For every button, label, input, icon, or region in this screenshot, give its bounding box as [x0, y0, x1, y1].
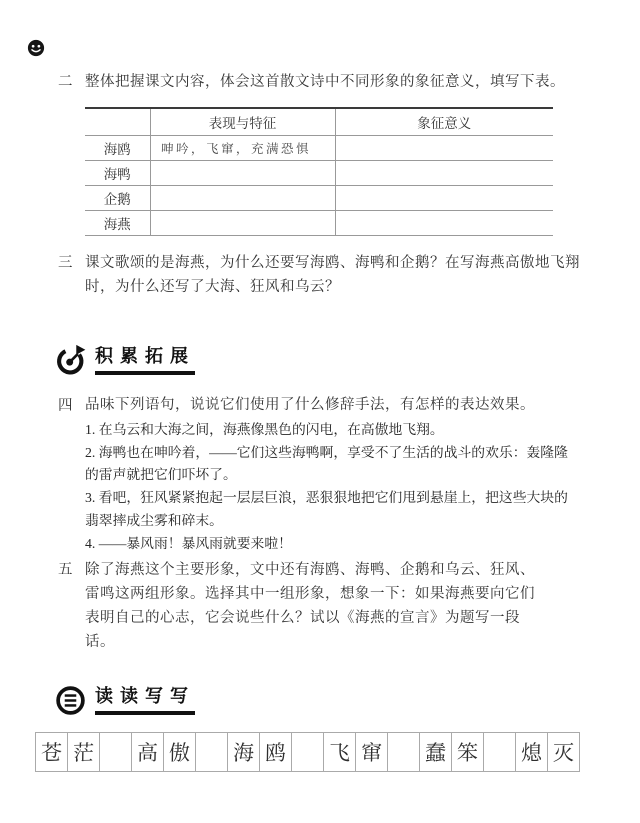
grid-cell: 傲 [163, 732, 196, 772]
grid-cell [483, 732, 516, 772]
grid-cell: 灭 [547, 732, 580, 772]
grid-char: 高 [137, 737, 159, 767]
read-write-banner: 读读写写 [54, 684, 586, 717]
grid-cell: 窜 [355, 732, 388, 772]
section-three: 三 课文歌颂的是海燕，为什么还要写海鸥、海鸭和企鹅？在写海燕高傲地飞翔时，为什么… [58, 251, 586, 299]
row-symbolic [335, 160, 553, 185]
symbolic-meaning-table: 表现与特征 象征意义 海鸥 呻吟，飞窜，充满恐惧 海鸭 企鹅 海燕 [85, 107, 553, 236]
grid-char: 飞 [329, 737, 351, 767]
row-symbolic [335, 210, 553, 235]
quote-item-3: 3. 看吧，狂风紧紧抱起一层层巨浪，恶狠狠地把它们甩到悬崖上，把这些大块的翡翠摔… [85, 487, 577, 532]
grid-char: 熄 [521, 737, 543, 767]
table-row: 海燕 [85, 210, 553, 235]
accumulate-expand-banner: 积累拓展 [54, 344, 586, 377]
grid-char: 窜 [361, 737, 383, 767]
grid-char: 傲 [169, 737, 191, 767]
section-four: 四 品味下列语句，说说它们使用了什么修辞手法，有怎样的表达效果。 [58, 394, 586, 418]
row-symbolic [335, 135, 553, 160]
grid-cell: 熄 [515, 732, 548, 772]
grid-char: 笨 [457, 737, 479, 767]
grid-cell: 鸥 [259, 732, 292, 772]
vocabulary-writing-grid: 苍 茫 高 傲 海 鸥 飞 窜 蠢 笨 熄 灭 [35, 732, 586, 772]
section-five: 五 除了海燕这个主要形象，文中还有海鸥、海鸭、企鹅和乌云、狂风、雷鸣这两组形象。… [58, 558, 586, 654]
grid-cell: 茫 [67, 732, 100, 772]
table-header-row: 表现与特征 象征意义 [85, 108, 553, 135]
quote-list: 1. 在乌云和大海之间，海燕像黑色的闪电，在高傲地飞翔。 2. 海鸭也在呻吟着，… [85, 419, 577, 556]
header-blank [85, 108, 150, 135]
row-performance [150, 185, 335, 210]
grid-cell [387, 732, 420, 772]
section-four-number: 四 [58, 394, 85, 418]
handwritten-answer: 呻吟，飞窜，充满恐惧 [160, 139, 311, 157]
grid-cell: 高 [131, 732, 164, 772]
grid-char: 茫 [73, 737, 95, 767]
row-name: 企鹅 [85, 185, 150, 210]
grid-cell [291, 732, 324, 772]
list-circle-icon [54, 684, 87, 717]
grid-char: 灭 [553, 737, 575, 767]
section-five-text: 除了海燕这个主要形象，文中还有海鸥、海鸭、企鹅和乌云、狂风、雷鸣这两组形象。选择… [85, 558, 540, 654]
row-name: 海燕 [85, 210, 150, 235]
section-three-text: 课文歌颂的是海燕，为什么还要写海鸥、海鸭和企鹅？在写海燕高傲地飞翔时，为什么还写… [85, 251, 586, 299]
grid-cell: 笨 [451, 732, 484, 772]
header-symbolic: 象征意义 [335, 108, 553, 135]
row-name: 海鸥 [85, 135, 150, 160]
section-two: 二 整体把握课文内容，体会这首散文诗中不同形象的象征意义，填写下表。 [58, 70, 586, 94]
section-two-text: 整体把握课文内容，体会这首散文诗中不同形象的象征意义，填写下表。 [85, 70, 586, 94]
row-symbolic [335, 185, 553, 210]
grid-char: 海 [233, 737, 255, 767]
table-row: 企鹅 [85, 185, 553, 210]
header-performance: 表现与特征 [150, 108, 335, 135]
accumulate-expand-title: 积累拓展 [95, 344, 195, 375]
grid-char: 鸥 [265, 737, 287, 767]
section-three-number: 三 [58, 251, 85, 299]
row-performance [150, 160, 335, 185]
grid-cell [99, 732, 132, 772]
section-four-stem: 品味下列语句，说说它们使用了什么修辞手法，有怎样的表达效果。 [85, 394, 586, 418]
row-name: 海鸭 [85, 160, 150, 185]
smiley-face-icon [27, 39, 45, 57]
grid-cell: 海 [227, 732, 260, 772]
grid-cell: 蠢 [419, 732, 452, 772]
grid-cell: 苍 [35, 732, 68, 772]
section-five-number: 五 [58, 558, 85, 654]
table-row: 海鸭 [85, 160, 553, 185]
grid-char: 蠢 [425, 737, 447, 767]
grid-cell [195, 732, 228, 772]
row-performance: 呻吟，飞窜，充满恐惧 [150, 135, 335, 160]
table-row: 海鸥 呻吟，飞窜，充满恐惧 [85, 135, 553, 160]
quote-item-4: 4. ——暴风雨！暴风雨就要来啦！ [85, 533, 577, 556]
grid-cell: 飞 [323, 732, 356, 772]
grid-char: 苍 [41, 737, 63, 767]
quote-item-1: 1. 在乌云和大海之间，海燕像黑色的闪电，在高傲地飞翔。 [85, 419, 577, 442]
compass-arrow-icon [54, 344, 87, 377]
page-content: 二 整体把握课文内容，体会这首散文诗中不同形象的象征意义，填写下表。 表现与特征… [58, 70, 586, 772]
row-performance [150, 210, 335, 235]
section-two-number: 二 [58, 70, 85, 94]
read-write-title: 读读写写 [95, 684, 195, 715]
quote-item-2: 2. 海鸭也在呻吟着，——它们这些海鸭啊，享受不了生活的战斗的欢乐：轰隆隆的雷声… [85, 442, 577, 487]
